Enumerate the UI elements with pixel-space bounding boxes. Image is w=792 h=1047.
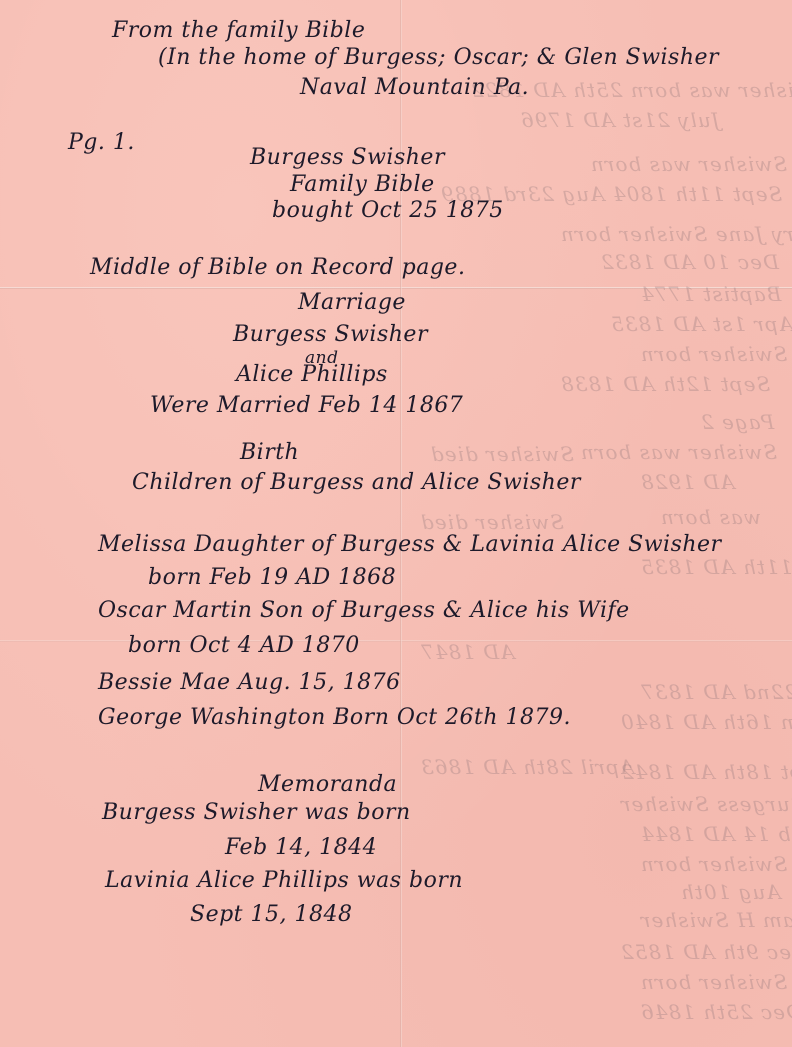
title-owner: Burgess Swisher (250, 145, 445, 170)
header-line-location: Naval Mountain Pa. (300, 75, 529, 100)
birth-entry-line: Melissa Daughter of Burgess & Lavinia Al… (98, 532, 722, 557)
birth-entry-line: George Washington Born Oct 26th 1879. (98, 705, 571, 730)
header-line-source: From the family Bible (112, 18, 365, 43)
marriage-statement: Were Married Feb 14 1867 (150, 393, 463, 418)
birth-entry-date: born Oct 4 AD 1870 (128, 633, 360, 658)
title-family-bible: Family Bible (290, 172, 435, 197)
record-page-note: Middle of Bible on Record page. (90, 255, 465, 280)
header-line-home: (In the home of Burgess; Oscar; & Glen S… (158, 45, 719, 70)
memoranda-heading: Memoranda (258, 772, 397, 797)
memoranda-entry-date: Feb 14, 1844 (225, 835, 377, 860)
memoranda-entry-date: Sept 15, 1848 (190, 902, 352, 927)
horizontal-fold-crease-lower (0, 640, 792, 642)
memoranda-entry-line: Burgess Swisher was born (102, 800, 411, 825)
birth-entry-line: Bessie Mae Aug. 15, 1876 (98, 670, 401, 695)
marriage-groom: Burgess Swisher (233, 322, 428, 347)
title-bought-date: bought Oct 25 1875 (272, 198, 504, 223)
document-page: William Swisher was born 25th AD 1822 Ju… (0, 0, 792, 1047)
marriage-bride: Alice Phillips (236, 362, 388, 387)
births-subheading: Children of Burgess and Alice Swisher (132, 470, 581, 495)
births-heading: Birth (240, 440, 299, 465)
birth-entry-line: Oscar Martin Son of Burgess & Alice his … (98, 598, 630, 623)
memoranda-entry-line: Lavinia Alice Phillips was born (105, 868, 463, 893)
page-label: Pg. 1. (68, 130, 135, 155)
birth-entry-date: born Feb 19 AD 1868 (148, 565, 396, 590)
marriage-heading: Marriage (298, 290, 406, 315)
